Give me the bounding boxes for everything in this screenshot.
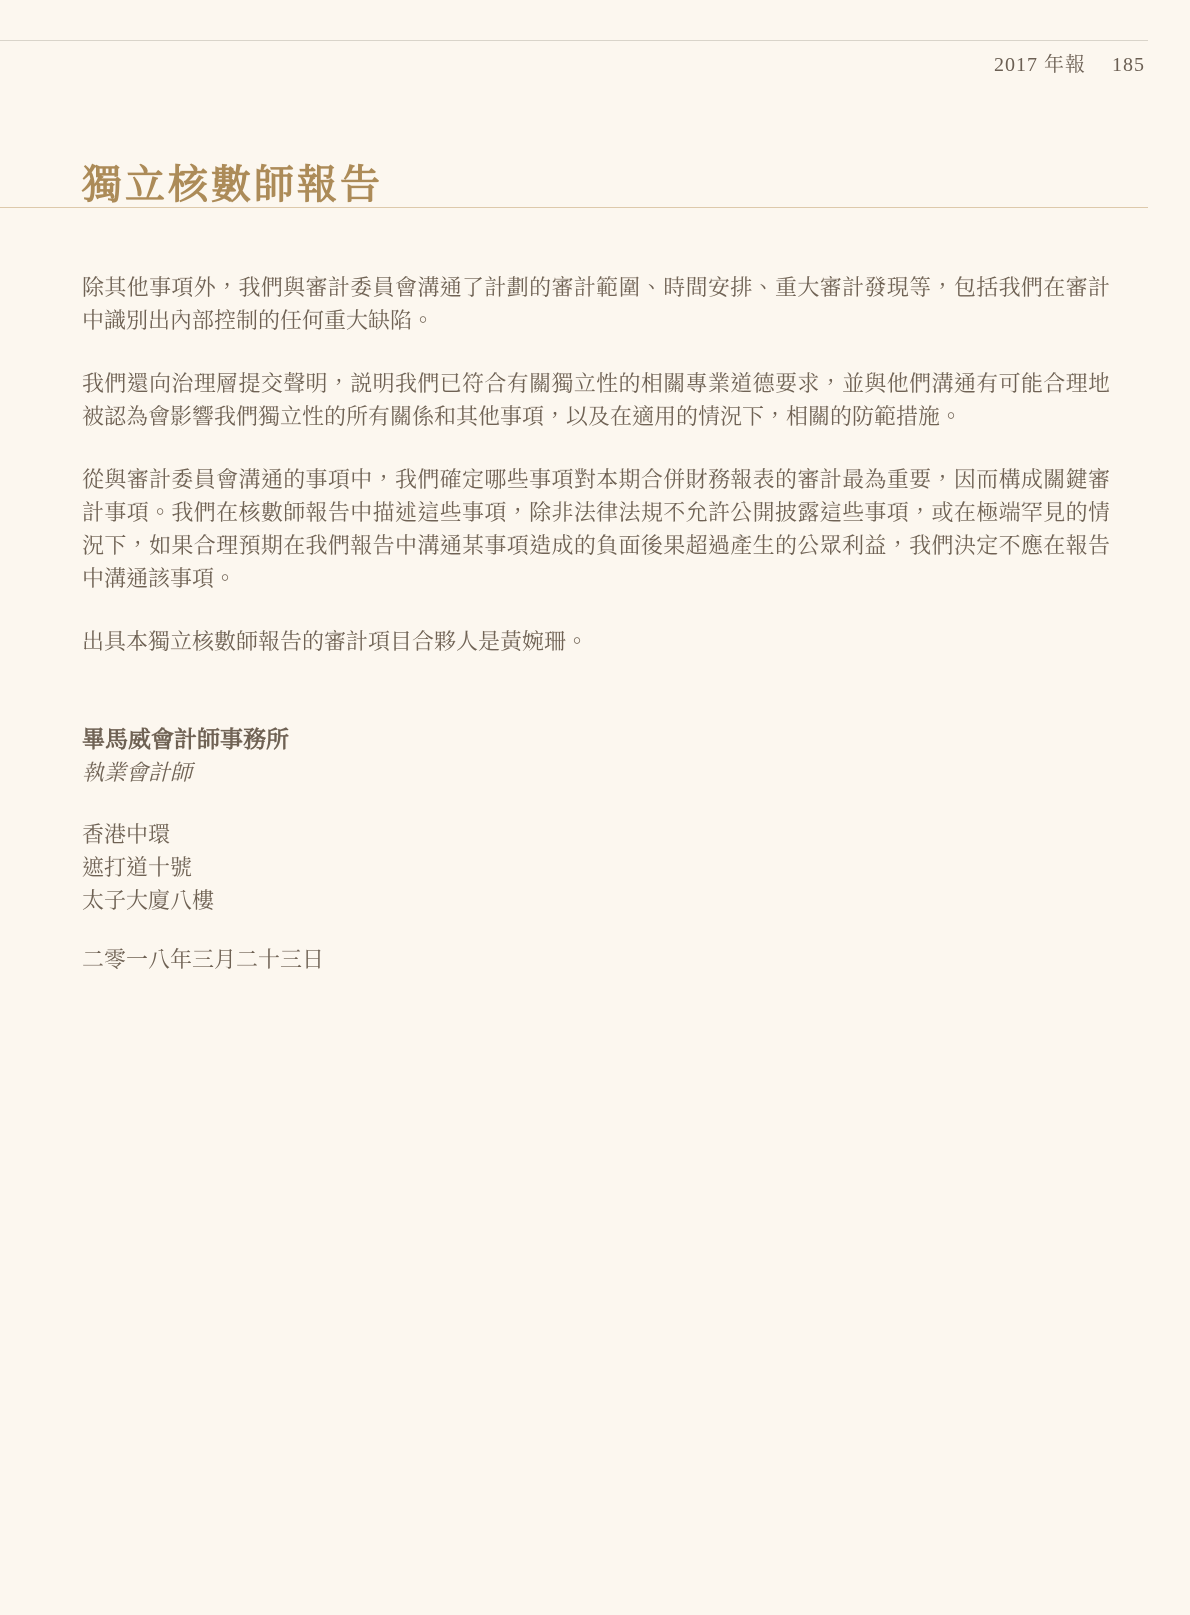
title-divider [0, 207, 1148, 208]
report-date: 二零一八年三月二十三日 [82, 943, 324, 976]
signature-spacer [82, 917, 324, 943]
report-body: 除其他事項外，我們與審計委員會溝通了計劃的審計範圍、時間安排、重大審計發現等，包… [82, 271, 1110, 688]
address-line-building: 太子大廈八樓 [82, 884, 324, 917]
page-header: 2017 年報185 [0, 48, 1145, 77]
paragraph-engagement-partner: 出具本獨立核數師報告的審計項目合夥人是黃婉珊。 [82, 625, 1110, 658]
audit-firm-name: 畢馬威會計師事務所 [82, 723, 324, 756]
address-line-district: 香港中環 [82, 818, 324, 851]
page-title: 獨立核數師報告 [82, 161, 383, 209]
address-line-street: 遮打道十號 [82, 851, 324, 884]
page-number: 185 [1112, 54, 1145, 76]
report-page: 2017 年報185 獨立核數師報告 除其他事項外，我們與審計委員會溝通了計劃的… [0, 0, 1190, 1615]
paragraph-independence-statement: 我們還向治理層提交聲明，説明我們已符合有關獨立性的相關專業道德要求，並與他們溝通… [82, 367, 1110, 433]
signature-spacer [82, 789, 324, 818]
signature-block: 畢馬威會計師事務所 執業會計師 香港中環 遮打道十號 太子大廈八樓 二零一八年三… [82, 723, 324, 976]
paragraph-key-audit-matters: 從與審計委員會溝通的事項中，我們確定哪些事項對本期合併財務報表的審計最為重要，因… [82, 463, 1110, 595]
paragraph-communication-scope: 除其他事項外，我們與審計委員會溝通了計劃的審計範圍、時間安排、重大審計發現等，包… [82, 271, 1110, 337]
top-divider [0, 40, 1148, 41]
certified-accountants-label: 執業會計師 [82, 756, 324, 789]
annual-report-label: 2017 年報 [994, 54, 1086, 76]
